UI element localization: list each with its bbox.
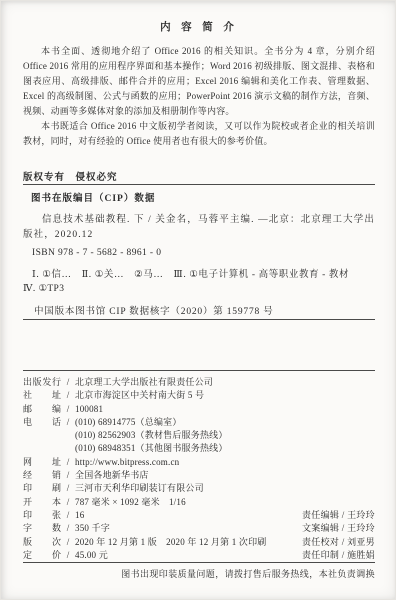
- pub-row-label: 印刷: [23, 482, 61, 495]
- pub-row-separator: /: [61, 482, 75, 495]
- summary-paragraph: 本书既适合 Office 2016 中文版初学者阅读，又可以作为院校或者企业的相…: [23, 119, 375, 149]
- pub-row-separator: /: [61, 389, 75, 402]
- divider-line: [23, 184, 375, 185]
- pub-row-label: 字数: [23, 522, 61, 535]
- credit-print-supervisor: 责任印制 / 施胜娟: [302, 549, 375, 562]
- pub-row-value: 787 毫米 × 1092 毫米 1/16: [75, 496, 375, 509]
- pub-row-label: 电话: [23, 416, 61, 429]
- pub-row-label: 经销: [23, 469, 61, 482]
- pub-row-value: (010) 68948351（其他图书服务热线）: [75, 442, 375, 455]
- cip-heading: 图书在版编目（CIP）数据: [23, 193, 375, 206]
- pub-row-separator: /: [61, 522, 75, 535]
- pub-row-label: 出版发行: [23, 376, 61, 389]
- cip-classification-line: Ⅰ. ①信… Ⅱ. ①关… ②马… Ⅲ. ①电子计算机 - 高等职业教育 - 教…: [23, 268, 375, 282]
- pub-row-separator: [61, 429, 75, 442]
- pub-row-value: 100081: [75, 403, 375, 416]
- pub-row-separator: /: [61, 509, 75, 522]
- quality-note: 图书出现印装质量问题，请拨打售后服务热线，本社负责调换: [23, 568, 375, 581]
- divider-line: [23, 370, 375, 371]
- pub-row-printer: 印刷/三河市天利华印刷装订有限公司: [23, 482, 375, 495]
- copyright-page: 内 容 简 介 本书全面、透彻地介绍了 Office 2016 的相关知识。全书…: [0, 0, 396, 600]
- pub-row-label: 社址: [23, 389, 61, 402]
- pub-row-separator: /: [61, 496, 75, 509]
- pub-row-value: (010) 82562903（教材售后服务热线）: [75, 429, 375, 442]
- cip-classification: Ⅰ. ①信… Ⅱ. ①关… ②马… Ⅲ. ①电子计算机 - 高等职业教育 - 教…: [23, 268, 375, 296]
- copyright-notice: 版权专有 侵权必究: [23, 172, 375, 184]
- content-summary: 本书全面、透彻地介绍了 Office 2016 的相关知识。全书分为 4 章，分…: [23, 44, 375, 149]
- credit-editor: 责任编辑 / 王玲玲: [302, 509, 375, 522]
- content-summary-title: 内 容 简 介: [23, 1, 375, 34]
- divider-line: [23, 562, 375, 563]
- pub-row-label: [23, 442, 61, 455]
- pub-row-value: (010) 68914775（总编室）: [75, 416, 375, 429]
- pub-row-separator: [61, 442, 75, 455]
- pub-row-value: http://www.bitpress.com.cn: [75, 456, 375, 469]
- pub-row-separator: /: [61, 416, 75, 429]
- pub-row-separator: /: [61, 376, 75, 389]
- pub-row-separator: /: [61, 456, 75, 469]
- pub-row-separator: /: [61, 549, 75, 562]
- pub-row-label: 印张: [23, 509, 61, 522]
- cip-description: 信息技术基础教程. 下 / 关金名，马蓉平主编. —北京：北京理工大学出版社，2…: [23, 213, 375, 243]
- pub-row-label: [23, 429, 61, 442]
- pub-row-label: 开本: [23, 496, 61, 509]
- pub-row-phone: 电话/(010) 68914775（总编室）: [23, 416, 375, 429]
- pub-row-label: 邮编: [23, 403, 61, 416]
- pub-row-phone: (010) 68948351（其他图书服务热线）: [23, 442, 375, 455]
- page-content: 内 容 简 介 本书全面、透彻地介绍了 Office 2016 的相关知识。全书…: [1, 1, 395, 581]
- pub-row-address: 社址/北京市海淀区中关村南大街 5 号: [23, 389, 375, 402]
- staff-credits: 责任编辑 / 王玲玲 文案编辑 / 王玲玲 责任校对 / 刘亚男 责任印制 / …: [302, 509, 375, 562]
- credit-proofreader: 责任校对 / 刘亚男: [302, 536, 375, 549]
- cip-registry-number: 中国版本图书馆 CIP 数据核字（2020）第 159778 号: [23, 305, 375, 319]
- pub-row-value: 三河市天利华印刷装订有限公司: [75, 482, 375, 495]
- pub-row-label: 定价: [23, 549, 61, 562]
- blank-gap: [23, 320, 375, 370]
- pub-row-website: 网址/http://www.bitpress.com.cn: [23, 456, 375, 469]
- pub-row-label: 版次: [23, 536, 61, 549]
- pub-row-phone: (010) 82562903（教材售后服务热线）: [23, 429, 375, 442]
- pub-row-value: 北京理工大学出版社有限责任公司: [75, 376, 375, 389]
- credit-copy-editor: 文案编辑 / 王玲玲: [302, 522, 375, 535]
- isbn: ISBN 978 - 7 - 5682 - 8961 - 0: [23, 246, 375, 260]
- pub-row-value: 全国各地新华书店: [75, 469, 375, 482]
- pub-row-distributor: 经销/全国各地新华书店: [23, 469, 375, 482]
- pub-row-format: 开本/787 毫米 × 1092 毫米 1/16: [23, 496, 375, 509]
- pub-row-separator: /: [61, 403, 75, 416]
- publication-info: 出版发行/北京理工大学出版社有限责任公司 社址/北京市海淀区中关村南大街 5 号…: [23, 376, 375, 562]
- cip-classification-line: Ⅳ. ①TP3: [23, 282, 375, 296]
- pub-row-separator: /: [61, 469, 75, 482]
- summary-paragraph: 本书全面、透彻地介绍了 Office 2016 的相关知识。全书分为 4 章，分…: [23, 44, 375, 119]
- pub-row-label: 网址: [23, 456, 61, 469]
- pub-row-postcode: 邮编/100081: [23, 403, 375, 416]
- pub-row-value: 北京市海淀区中关村南大街 5 号: [75, 389, 375, 402]
- pub-row-publisher: 出版发行/北京理工大学出版社有限责任公司: [23, 376, 375, 389]
- pub-row-separator: /: [61, 536, 75, 549]
